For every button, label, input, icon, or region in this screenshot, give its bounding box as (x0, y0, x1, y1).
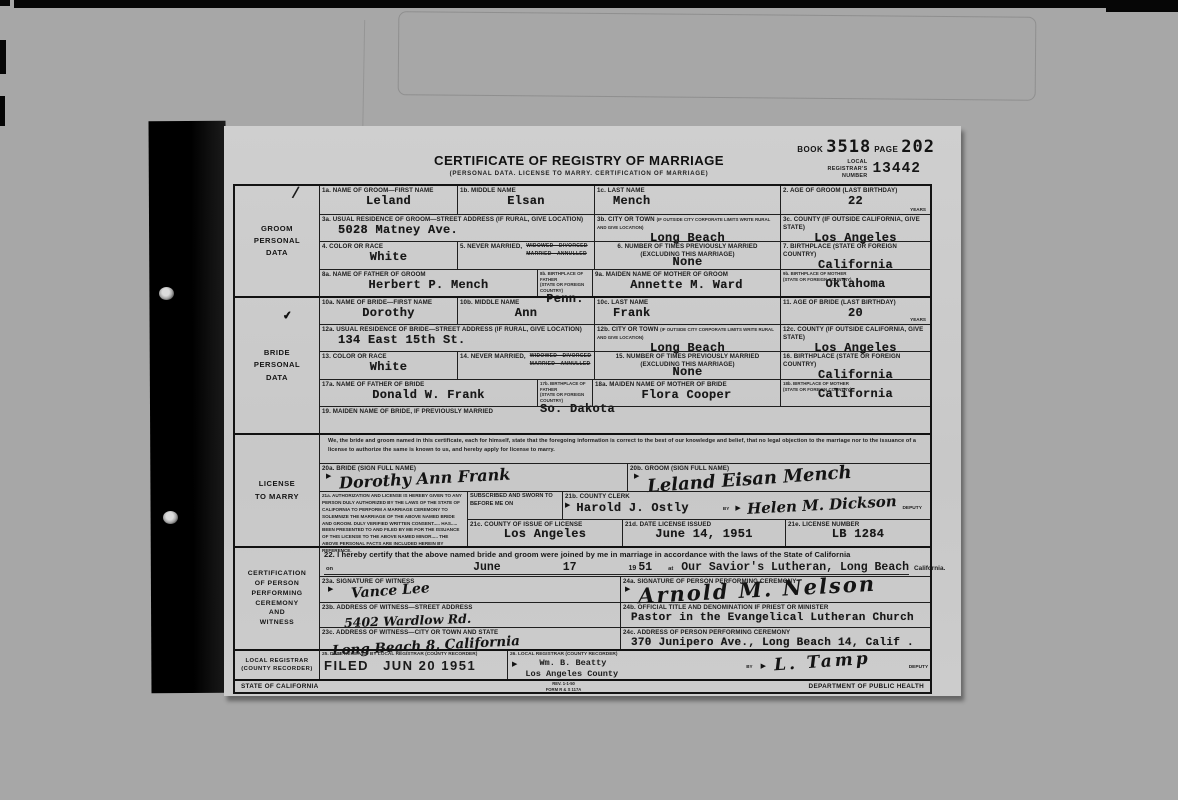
field-22-19: 19 (629, 565, 637, 572)
field-10c: 10c. LAST NAME Frank (594, 298, 780, 324)
field-12b-label: 12b. CITY OR TOWN (IF OUTSIDE CITY CORPO… (597, 326, 778, 342)
sidebar-license-to-marry: LICENSE TO MARRY (235, 433, 319, 546)
field-17a-value: Donald W. Frank (322, 389, 535, 403)
field-10a: 10a. NAME OF BRIDE—FIRST NAME Dorothy (320, 298, 457, 324)
field-24c: 24c. ADDRESS OF PERSON PERFORMING CEREMO… (620, 628, 930, 649)
arrow-icon: ▶ (735, 505, 740, 512)
county-clerk-name: Harold J. Ostly (576, 502, 689, 516)
arrow-icon: ▶ (625, 586, 630, 593)
field-3c: 3c. COUNTY (IF OUTSIDE CALIFORNIA, GIVE … (780, 215, 930, 241)
page-number: 202 (901, 137, 935, 157)
field-24b-label: 24b. OFFICIAL TITLE AND DENOMINATION IF … (623, 604, 928, 612)
field-3a: 3a. USUAL RESIDENCE OF GROOM—STREET ADDR… (320, 215, 594, 241)
field-22-day: 17 (563, 561, 577, 574)
field-1a: 1a. NAME OF GROOM—FIRST NAME Leland (320, 186, 457, 214)
field-19-label: 19. MAIDEN NAME OF BRIDE, IF PREVIOUSLY … (322, 408, 928, 416)
field-21b: 21b. COUNTY CLERK ▶ Harold J. Ostly BY ▶… (562, 492, 930, 519)
field-2-years: YEARS (910, 207, 926, 212)
field-20b: 20b. GROOM (SIGN FULL NAME) ▶ Leland Eis… (627, 464, 930, 491)
field-9a-value: Annette M. Ward (595, 279, 778, 293)
arrow-icon: ▶ (761, 663, 766, 670)
field-20a: 20a. BRIDE (SIGN FULL NAME) ▶ Dorothy An… (320, 464, 627, 491)
field-1b-value: Elsan (460, 195, 592, 209)
field-2-value: 22 (783, 195, 928, 209)
field-13: 13. COLOR OR RACE White (320, 352, 457, 379)
filed-stamp-date: JUN 20 1951 (383, 658, 476, 673)
registry-form: GROOM PERSONAL DATA ✔ BRIDE PERSONAL DAT… (233, 184, 932, 694)
field-3b: 3b. CITY OR TOWN (IF OUTSIDE CITY CORPOR… (594, 215, 780, 241)
field-21c: 21c. COUNTY OF ISSUE OF LICENSE Los Ange… (467, 520, 622, 547)
field-10b-value: Ann (460, 307, 592, 321)
field-4: 4. COLOR OR RACE White (320, 242, 457, 269)
field-8a: 8a. NAME OF FATHER OF GROOM Herbert P. M… (320, 270, 537, 296)
field-24b-value: Pastor in the Evangelical Lutheran Churc… (623, 612, 928, 625)
field-12a: 12a. USUAL RESIDENCE OF BRIDE—STREET ADD… (320, 325, 594, 351)
arrow-icon: ▶ (328, 586, 333, 593)
row-witness-signature: 23a. SIGNATURE OF WITNESS ▶ Vance Lee 24… (320, 576, 930, 602)
row-license-details: 21a. AUTHORIZATION AND LICENSE IS HEREBY… (320, 491, 930, 546)
book-label: BOOK (797, 145, 823, 154)
affidavit-text-cell: We, the bride and groom named in this ce… (320, 435, 930, 463)
field-11: 11. AGE OF BRIDE (LAST BIRTHDAY) 20 YEAR… (780, 298, 930, 324)
field-16: 16. BIRTHPLACE (STATE OR FOREIGN COUNTRY… (780, 352, 930, 379)
field-8b-label: 8b. BIRTHPLACE OF FATHER (STATE OR FOREI… (540, 271, 590, 293)
sidebar-groom-personal-data: GROOM PERSONAL DATA (235, 186, 319, 296)
field-12c-label: 12c. COUNTY (IF OUTSIDE CALIFORNIA, GIVE… (783, 326, 928, 342)
field-3b-label: 3b. CITY OR TOWN (IF OUTSIDE CITY CORPOR… (597, 216, 778, 232)
arrow-icon: ▶ (634, 473, 639, 480)
field-13-value: White (322, 361, 455, 375)
field-15-value: None (597, 366, 778, 380)
field-12b: 12b. CITY OR TOWN (IF OUTSIDE CITY CORPO… (594, 325, 780, 351)
form-sidebar: GROOM PERSONAL DATA ✔ BRIDE PERSONAL DAT… (235, 186, 320, 679)
by-label: BY (746, 664, 752, 669)
field-14: 14. NEVER MARRIED, WIDOWED—DIVORCED MARR… (457, 352, 594, 379)
field-10c-value: Frank (597, 307, 778, 321)
footer-state: STATE OF CALIFORNIA (241, 683, 319, 690)
filed-stamp-word: FILED (324, 658, 369, 673)
subscribed-sworn-label: SUBSCRIBED AND SWORN TO BEFORE ME ON (470, 493, 560, 509)
field-7-label: 7. BIRTHPLACE (STATE OR FOREIGN COUNTRY) (783, 243, 928, 259)
certificate-subtitle: (PERSONAL DATA. LICENSE TO MARRY. CERTIF… (364, 170, 794, 177)
field-23b: 23b. ADDRESS OF WITNESS—STREET ADDRESS 5… (320, 603, 620, 627)
field-19: 19. MAIDEN NAME OF BRIDE, IF PREVIOUSLY … (320, 407, 930, 433)
row-local-registrar: 25. DATE RECEIVED BY LOCAL REGISTRAR (CO… (320, 649, 930, 679)
field-22-at: at (668, 566, 673, 572)
field-24c-value: 370 Junipero Ave., Long Beach 14, Calif … (623, 637, 928, 650)
row-witness-street: 23b. ADDRESS OF WITNESS—STREET ADDRESS 5… (320, 602, 930, 627)
field-17b: 17b. BIRTHPLACE OF FATHER (STATE OR FORE… (537, 380, 592, 406)
row-groom-parents: 8a. NAME OF FATHER OF GROOM Herbert P. M… (320, 269, 930, 296)
scan-edge-left-mark2 (0, 40, 6, 74)
row-bride-race: 13. COLOR OR RACE White 14. NEVER MARRIE… (320, 351, 930, 379)
field-1c: 1c. LAST NAME Mench (594, 186, 780, 214)
field-21d-value: June 14, 1951 (625, 528, 783, 542)
check-mark-icon: ✔ (282, 307, 294, 326)
punch-hole-bottom (163, 511, 178, 524)
registrar-number-label: LOCAL REGISTRAR'S NUMBER (828, 159, 868, 179)
field-5-struck-1: WIDOWED—DIVORCED (526, 243, 587, 251)
field-24a: 24a. SIGNATURE OF PERSON PERFORMING CERE… (620, 577, 930, 602)
row-groom-race: 4. COLOR OR RACE White 5. NEVER MARRIED,… (320, 241, 930, 269)
field-18b: 18b. BIRTHPLACE OF MOTHER (STATE OR FORE… (780, 380, 930, 406)
field-1a-value: Leland (322, 195, 455, 209)
scan-edge-left-mark3 (0, 96, 5, 126)
field-1c-value: Mench (597, 195, 778, 209)
arrow-icon: ▶ (565, 502, 570, 509)
field-22-month: June (473, 561, 501, 574)
book-binding-strip (149, 121, 229, 693)
sidebar-bride-label: BRIDE PERSONAL DATA (254, 347, 300, 383)
row-affidavit: We, the bride and groom named in this ce… (320, 433, 930, 463)
row-bride-name: 10a. NAME OF BRIDE—FIRST NAME Dorothy 10… (320, 296, 930, 324)
certificate-title: CERTIFICATE OF REGISTRY OF MARRIAGE (364, 153, 794, 168)
row-groom-residence: 3a. USUAL RESIDENCE OF GROOM—STREET ADDR… (320, 214, 930, 241)
field-16-label: 16. BIRTHPLACE (STATE OR FOREIGN COUNTRY… (783, 353, 928, 369)
license-issue-row: 21c. COUNTY OF ISSUE OF LICENSE Los Ange… (467, 519, 930, 547)
faint-impression-box (398, 11, 1037, 101)
field-23a: 23a. SIGNATURE OF WITNESS ▶ Vance Lee (320, 577, 620, 602)
license-right-grid: SUBSCRIBED AND SWORN TO BEFORE ME ON 21b… (467, 492, 930, 546)
field-26: 26. LOCAL REGISTRAR (COUNTY RECORDER) ▶ … (507, 651, 930, 679)
field-18a-value: Flora Cooper (595, 389, 778, 403)
sidebar-bride-personal-data: ✔ BRIDE PERSONAL DATA (235, 296, 319, 433)
scan-edge-top-right (1106, 0, 1178, 12)
subscribed-sworn-cell: SUBSCRIBED AND SWORN TO BEFORE ME ON (467, 492, 562, 519)
field-21c-value: Los Angeles (470, 528, 620, 542)
row-groom-name: 1a. NAME OF GROOM—FIRST NAME Leland 1b. … (320, 186, 930, 214)
by-label: BY (723, 506, 729, 511)
field-11-value: 20 (783, 307, 928, 321)
field-12c: 12c. COUNTY (IF OUTSIDE CALIFORNIA, GIVE… (780, 325, 930, 351)
field-21a: 21a. AUTHORIZATION AND LICENSE IS HEREBY… (320, 492, 467, 546)
footer-form-note: REV. 1-1-50 FORM R & S 117A (546, 681, 582, 692)
field-4-value: White (322, 251, 455, 265)
field-9a: 9a. MAIDEN NAME OF MOTHER OF GROOM Annet… (592, 270, 780, 296)
field-22-state: California. (914, 565, 945, 572)
field-22-on: on (326, 566, 333, 572)
field-23c: 23c. ADDRESS OF WITNESS—CITY OR TOWN AND… (320, 628, 620, 649)
field-22-year: 51 (638, 561, 652, 574)
affidavit-text: We, the bride and groom named in this ce… (320, 435, 930, 457)
field-9b: 9b. BIRTHPLACE OF MOTHER (STATE OR FOREI… (780, 270, 930, 296)
field-14-struck-1: WIDOWED—DIVORCED (530, 353, 591, 361)
local-registrar-number: LOCAL REGISTRAR'S NUMBER 13442 (828, 159, 921, 179)
arrow-icon: ▶ (512, 661, 517, 668)
field-3a-value: 5028 Matney Ave. (322, 224, 592, 238)
registrar-name-stamp: Wm. B. Beatty (539, 658, 618, 669)
field-21e: 21e. LICENSE NUMBER LB 1284 (785, 520, 930, 547)
field-5-struck-2: MARRIED—ANNULLED (526, 251, 587, 259)
field-21d: 21d. DATE LICENSE ISSUED June 14, 1951 (622, 520, 785, 547)
field-5: 5. NEVER MARRIED, WIDOWED—DIVORCED MARRI… (457, 242, 594, 269)
field-2: 2. AGE OF GROOM (LAST BIRTHDAY) 22 YEARS (780, 186, 930, 214)
field-3c-label: 3c. COUNTY (IF OUTSIDE CALIFORNIA, GIVE … (783, 216, 928, 232)
field-14-struck-2: MARRIED—ANNULLED (530, 361, 591, 369)
sidebar-certification: CERTIFICATION OF PERSON PERFORMING CEREM… (235, 546, 319, 649)
field-5-label: 5. NEVER MARRIED, (460, 243, 522, 251)
punch-hole-top (159, 287, 174, 300)
field-14-label: 14. NEVER MARRIED, (460, 353, 526, 361)
field-17a: 17a. NAME OF FATHER OF BRIDE Donald W. F… (320, 380, 537, 406)
sidebar-local-registrar: LOCAL REGISTRAR (COUNTY RECORDER) (235, 649, 319, 679)
row-witness-city: 23c. ADDRESS OF WITNESS—CITY OR TOWN AND… (320, 627, 930, 649)
deputy-label: DEPUTY (902, 506, 921, 511)
row-bride-residence: 12a. USUAL RESIDENCE OF BRIDE—STREET ADD… (320, 324, 930, 351)
field-18a: 18a. MAIDEN NAME OF MOTHER OF BRIDE Flor… (592, 380, 780, 406)
page-label: PAGE (874, 145, 898, 154)
field-15: 15. NUMBER OF TIMES PREVIOUSLY MARRIED (… (594, 352, 780, 379)
field-6-value: None (597, 256, 778, 270)
certificate-paper: / BOOK 3518 PAGE 202 CERTIFICATE OF REGI… (224, 126, 961, 696)
footer-department: DEPARTMENT OF PUBLIC HEALTH (809, 683, 924, 690)
field-21e-value: LB 1284 (788, 528, 928, 542)
book-page-stamp: BOOK 3518 PAGE 202 (797, 137, 935, 157)
row-license-signatures: 20a. BRIDE (SIGN FULL NAME) ▶ Dorothy An… (320, 463, 930, 491)
scanned-page: { "icons": { "arrow": "\u25B6", "check":… (0, 0, 1178, 800)
field-8b: 8b. BIRTHPLACE OF FATHER (STATE OR FOREI… (537, 270, 592, 296)
field-12a-value: 134 East 15th St. (322, 334, 592, 348)
row-bride-maiden-name: 19. MAIDEN NAME OF BRIDE, IF PREVIOUSLY … (320, 406, 930, 433)
field-6: 6. NUMBER OF TIMES PREVIOUSLY MARRIED (E… (594, 242, 780, 269)
field-1b: 1b. MIDDLE NAME Elsan (457, 186, 594, 214)
field-10a-value: Dorothy (322, 307, 455, 321)
deputy-label: DEPUTY (909, 665, 928, 670)
scan-edge-top (14, 0, 1106, 8)
field-24c-label: 24c. ADDRESS OF PERSON PERFORMING CEREMO… (623, 629, 928, 637)
field-7: 7. BIRTHPLACE (STATE OR FOREIGN COUNTRY)… (780, 242, 930, 269)
field-11-years: YEARS (910, 317, 926, 322)
row-footer: STATE OF CALIFORNIA REV. 1-1-50 FORM R &… (235, 679, 930, 692)
field-22-line1: 22. I hereby certify that the above name… (320, 548, 930, 559)
field-24b: 24b. OFFICIAL TITLE AND DENOMINATION IF … (620, 603, 930, 627)
scan-edge-left-mark1 (0, 0, 10, 6)
license-clerk-row: SUBSCRIBED AND SWORN TO BEFORE ME ON 21b… (467, 492, 930, 519)
field-17b-label: 17b. BIRTHPLACE OF FATHER (STATE OR FORE… (540, 381, 590, 403)
field-10b: 10b. MIDDLE NAME Ann (457, 298, 594, 324)
field-25: 25. DATE RECEIVED BY LOCAL REGISTRAR (CO… (320, 651, 507, 679)
field-8a-value: Herbert P. Mench (322, 279, 535, 293)
arrow-icon: ▶ (326, 473, 331, 480)
row-certify-statement: 22. I hereby certify that the above name… (320, 546, 930, 576)
row-bride-parents: 17a. NAME OF FATHER OF BRIDE Donald W. F… (320, 379, 930, 406)
book-number: 3518 (826, 137, 871, 157)
registrar-number-value: 13442 (872, 161, 921, 177)
